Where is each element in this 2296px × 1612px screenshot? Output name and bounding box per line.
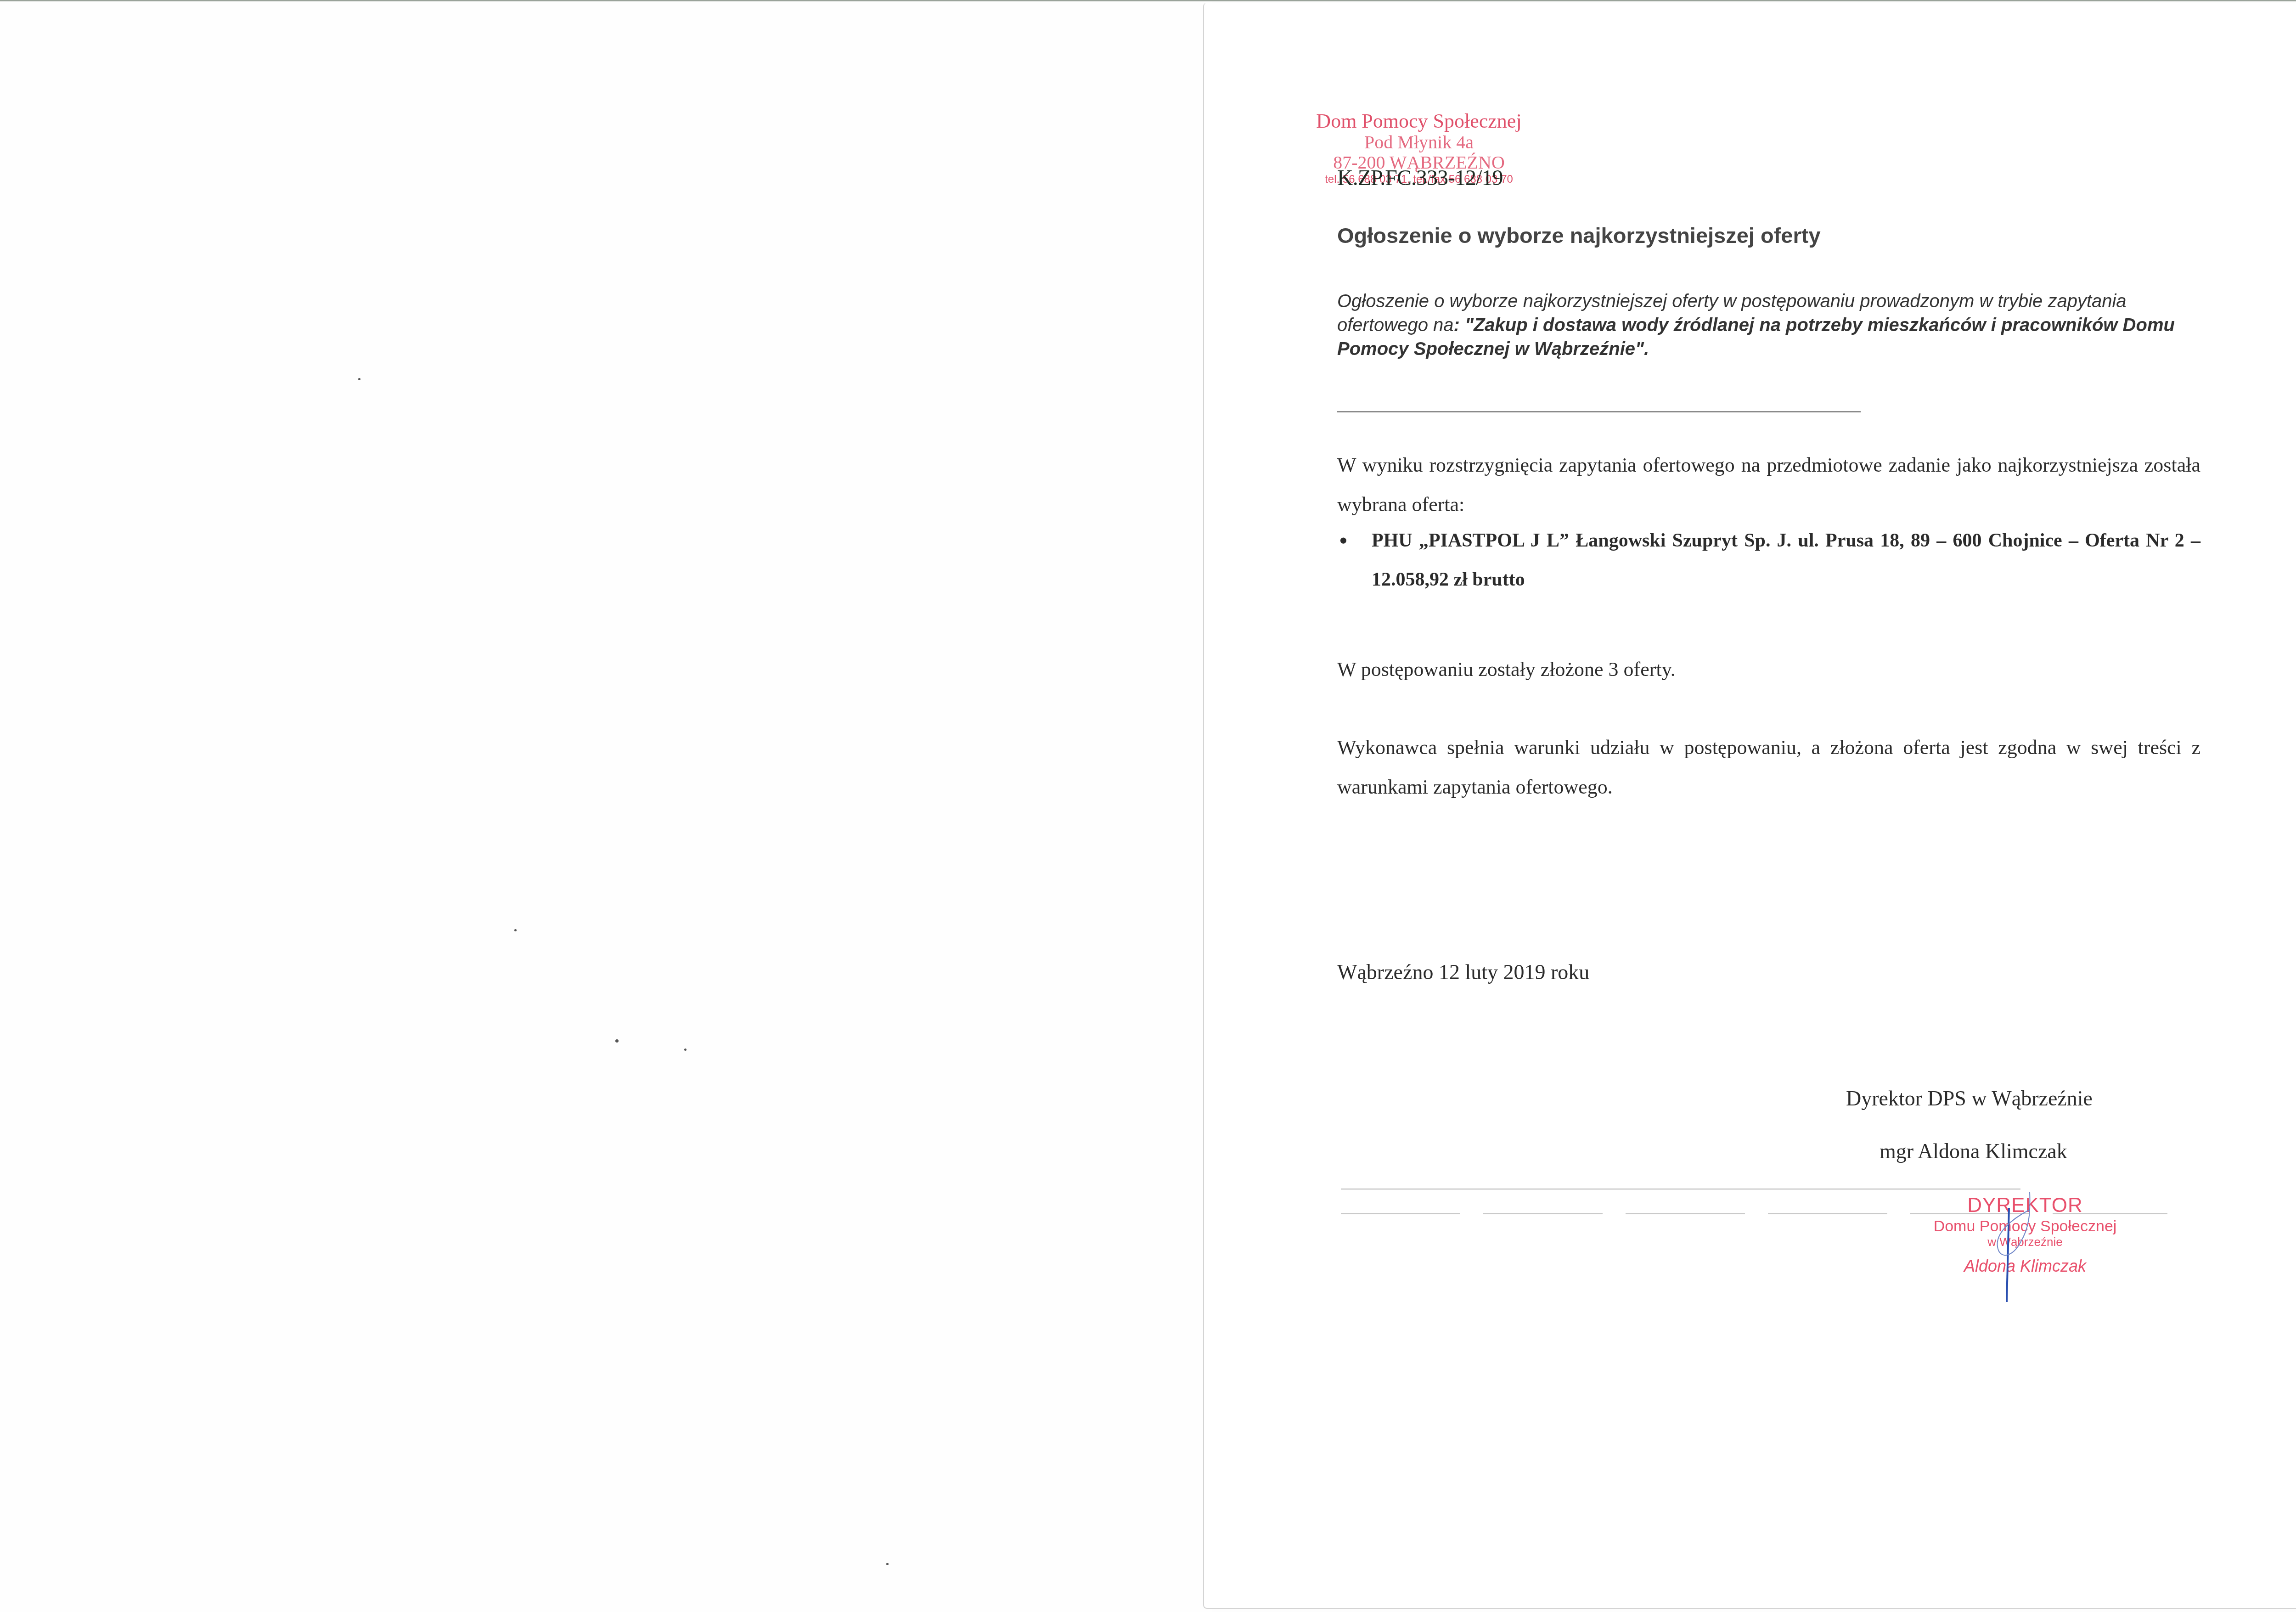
- separator-line: [1337, 411, 1861, 412]
- scan-speck: [514, 929, 517, 931]
- intro-colon: : ": [1454, 315, 1474, 335]
- offers-count-paragraph: W postępowaniu zostały złożone 3 oferty.: [1337, 650, 2200, 689]
- document-title: Ogłoszenie o wyborze najkorzystniejszej …: [1337, 223, 1821, 248]
- intro-paragraph: Ogłoszenie o wyborze najkorzystniejszej …: [1337, 289, 2210, 361]
- selected-offers-list: PHU „PIASTPOL J L” Łangowski Szupryt Sp.…: [1337, 521, 2200, 599]
- stamp-line: Pod Młynik 4a: [1277, 132, 1561, 152]
- scan-speck: [615, 1039, 619, 1043]
- signatory-position: Dyrektor DPS w Wąbrzeźnie: [1846, 1086, 2093, 1110]
- intro-closing: ".: [1635, 339, 1649, 359]
- handwritten-signature-icon: [1988, 1187, 2043, 1307]
- scan-speck: [886, 1563, 889, 1565]
- signature-line: [1341, 1189, 2020, 1189]
- scan-speck: [684, 1048, 687, 1051]
- result-paragraph: W wyniku rozstrzygnięcia zapytania ofert…: [1337, 445, 2200, 524]
- blank-left-page: [0, 1, 1212, 1612]
- reference-number: K.ZP.FC.333-12/19: [1337, 165, 1503, 191]
- compliance-paragraph: Wykonawca spełnia warunki udziału w post…: [1337, 728, 2200, 807]
- signatory-name: mgr Aldona Klimczak: [1880, 1139, 2067, 1163]
- stamp-line: Dom Pomocy Społecznej: [1277, 110, 1561, 132]
- place-date: Wąbrzeźno 12 luty 2019 roku: [1337, 960, 1589, 984]
- scan-speck: [358, 378, 360, 380]
- selected-offer-item: PHU „PIASTPOL J L” Łangowski Szupryt Sp.…: [1337, 521, 2200, 599]
